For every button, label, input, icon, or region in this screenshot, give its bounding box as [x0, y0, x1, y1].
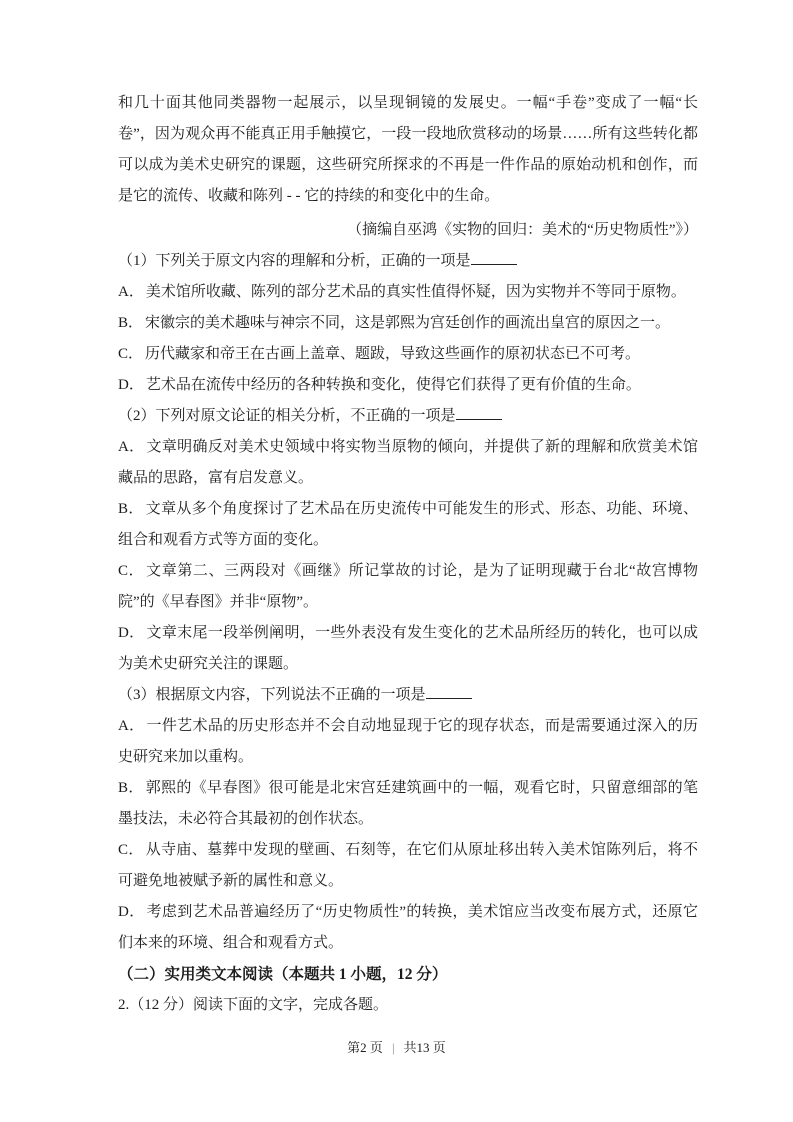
question-3-option-a: A．一件艺术品的历史形态并不会自动地显现于它的现存状态，而是需要通过深入的历史研…: [118, 711, 698, 773]
option-label: C．: [118, 563, 144, 579]
page-content: 和几十面其他同类器物一起展示，以呈现铜镜的发展史。一幅“手卷”变成了一幅“长卷”…: [118, 88, 698, 1021]
question-1-option-b: B．宋徽宗的美术趣味与神宗不同，这是郭熙为宫廷创作的画流出皇宫的原因之一。: [118, 308, 698, 339]
question-1-option-c: C．历代藏家和帝王在古画上盖章、题跋，导致这些画作的原初状态已不可考。: [118, 339, 698, 370]
option-text: 郭熙的《早春图》很可能是北宋宫廷建筑画中的一幅，观看它时，只留意细部的笔墨技法，…: [118, 780, 698, 827]
option-text: 文章末尾一段举例阐明，一些外表没有发生变化的艺术品所经历的转化，也可以成为美术史…: [118, 625, 698, 672]
intro-paragraph: 和几十面其他同类器物一起展示，以呈现铜镜的发展史。一幅“手卷”变成了一幅“长卷”…: [118, 88, 698, 212]
option-label: A．: [118, 439, 145, 455]
footer-current-page: 第2 页: [347, 1040, 383, 1055]
attribution-line: （摘编自巫鸿《实物的回归：美术的“历史物质性”》）: [118, 215, 698, 246]
question-2-option-d: D．文章末尾一段举例阐明，一些外表没有发生变化的艺术品所经历的转化，也可以成为美…: [118, 618, 698, 680]
question-3-option-c: C．从寺庙、墓葬中发现的壁画、石刻等，在它们从原址移出转入美术馆陈列后，将不可避…: [118, 835, 698, 897]
option-label: D．: [118, 625, 145, 641]
option-text: 宋徽宗的美术趣味与神宗不同，这是郭熙为宫廷创作的画流出皇宫的原因之一。: [145, 315, 670, 331]
section-heading: （二）实用类文本阅读（本题共 1 小题，12 分）: [118, 959, 698, 990]
option-label: D．: [118, 377, 144, 393]
option-text: 历代藏家和帝王在古画上盖章、题跋，导致这些画作的原初状态已不可考。: [145, 346, 640, 362]
footer-separator: |: [392, 1040, 395, 1055]
option-text: 考虑到艺术品普遍经历了“历史物质性”的转换，美术馆应当改变布展方式，还原它们本来…: [118, 904, 698, 951]
option-label: B．: [118, 315, 143, 331]
question-2-stem: （2）下列对原文论证的相关分析，不正确的一项是: [118, 401, 698, 432]
question-2-option-b: B．文章从多个角度探讨了艺术品在历史流传中可能发生的形式、形态、功能、环境、组合…: [118, 494, 698, 556]
question-3-option-b: B．郭熙的《早春图》很可能是北宋宫廷建筑画中的一幅，观看它时，只留意细部的笔墨技…: [118, 773, 698, 835]
option-text: 从寺庙、墓葬中发现的壁画、石刻等，在它们从原址移出转入美术馆陈列后，将不可避免地…: [118, 842, 698, 889]
question-2-answer-blank: [456, 406, 502, 420]
option-text: 美术馆所收藏、陈列的部分艺术品的真实性值得怀疑，因为实物并不等同于原物。: [146, 284, 686, 300]
option-label: A．: [118, 284, 144, 300]
option-label: A．: [118, 718, 145, 734]
option-text: 文章从多个角度探讨了艺术品在历史流传中可能发生的形式、形态、功能、环境、组合和观…: [118, 501, 698, 548]
question-1-option-a: A．美术馆所收藏、陈列的部分艺术品的真实性值得怀疑，因为实物并不等同于原物。: [118, 277, 698, 308]
question-3-stem: （3）根据原文内容，下列说法不正确的一项是: [118, 680, 698, 711]
question-2-stem-text: （2）下列对原文论证的相关分析，不正确的一项是: [118, 408, 456, 424]
question-3-stem-text: （3）根据原文内容，下列说法不正确的一项是: [118, 687, 426, 703]
option-text: 一件艺术品的历史形态并不会自动地显现于它的现存状态，而是需要通过深入的历史研究来…: [118, 718, 698, 765]
footer-total-pages: 共13 页: [404, 1040, 446, 1055]
option-text: 文章第二、三两段对《画继》所记掌故的讨论，是为了证明现藏于台北“故宫博物院”的《…: [118, 563, 698, 610]
next-item-intro: 2.（12 分）阅读下面的文字，完成各题。: [118, 990, 698, 1021]
question-3-option-d: D．考虑到艺术品普遍经历了“历史物质性”的转换，美术馆应当改变布展方式，还原它们…: [118, 897, 698, 959]
option-text: 文章明确反对美术史领域中将实物当原物的倾向，并提供了新的理解和欣赏美术馆藏品的思…: [118, 439, 698, 486]
question-1-answer-blank: [471, 251, 517, 265]
exam-document-page: 和几十面其他同类器物一起展示，以呈现铜镜的发展史。一幅“手卷”变成了一幅“长卷”…: [0, 0, 793, 1122]
option-label: B．: [118, 780, 144, 796]
option-label: C．: [118, 346, 143, 362]
question-2-option-a: A．文章明确反对美术史领域中将实物当原物的倾向，并提供了新的理解和欣赏美术馆藏品…: [118, 432, 698, 494]
question-1-option-d: D．艺术品在流传中经历的各种转换和变化，使得它们获得了更有价值的生命。: [118, 370, 698, 401]
question-1-stem: （1）下列关于原文内容的理解和分析，正确的一项是: [118, 246, 698, 277]
question-3-answer-blank: [426, 685, 472, 699]
option-label: D．: [118, 904, 145, 920]
page-footer: 第2 页|共13 页: [0, 1037, 793, 1056]
option-text: 艺术品在流传中经历的各种转换和变化，使得它们获得了更有价值的生命。: [146, 377, 641, 393]
question-2-option-c: C．文章第二、三两段对《画继》所记掌故的讨论，是为了证明现藏于台北“故宫博物院”…: [118, 556, 698, 618]
option-label: B．: [118, 501, 144, 517]
question-1-stem-text: （1）下列关于原文内容的理解和分析，正确的一项是: [118, 253, 471, 269]
option-label: C．: [118, 842, 144, 858]
